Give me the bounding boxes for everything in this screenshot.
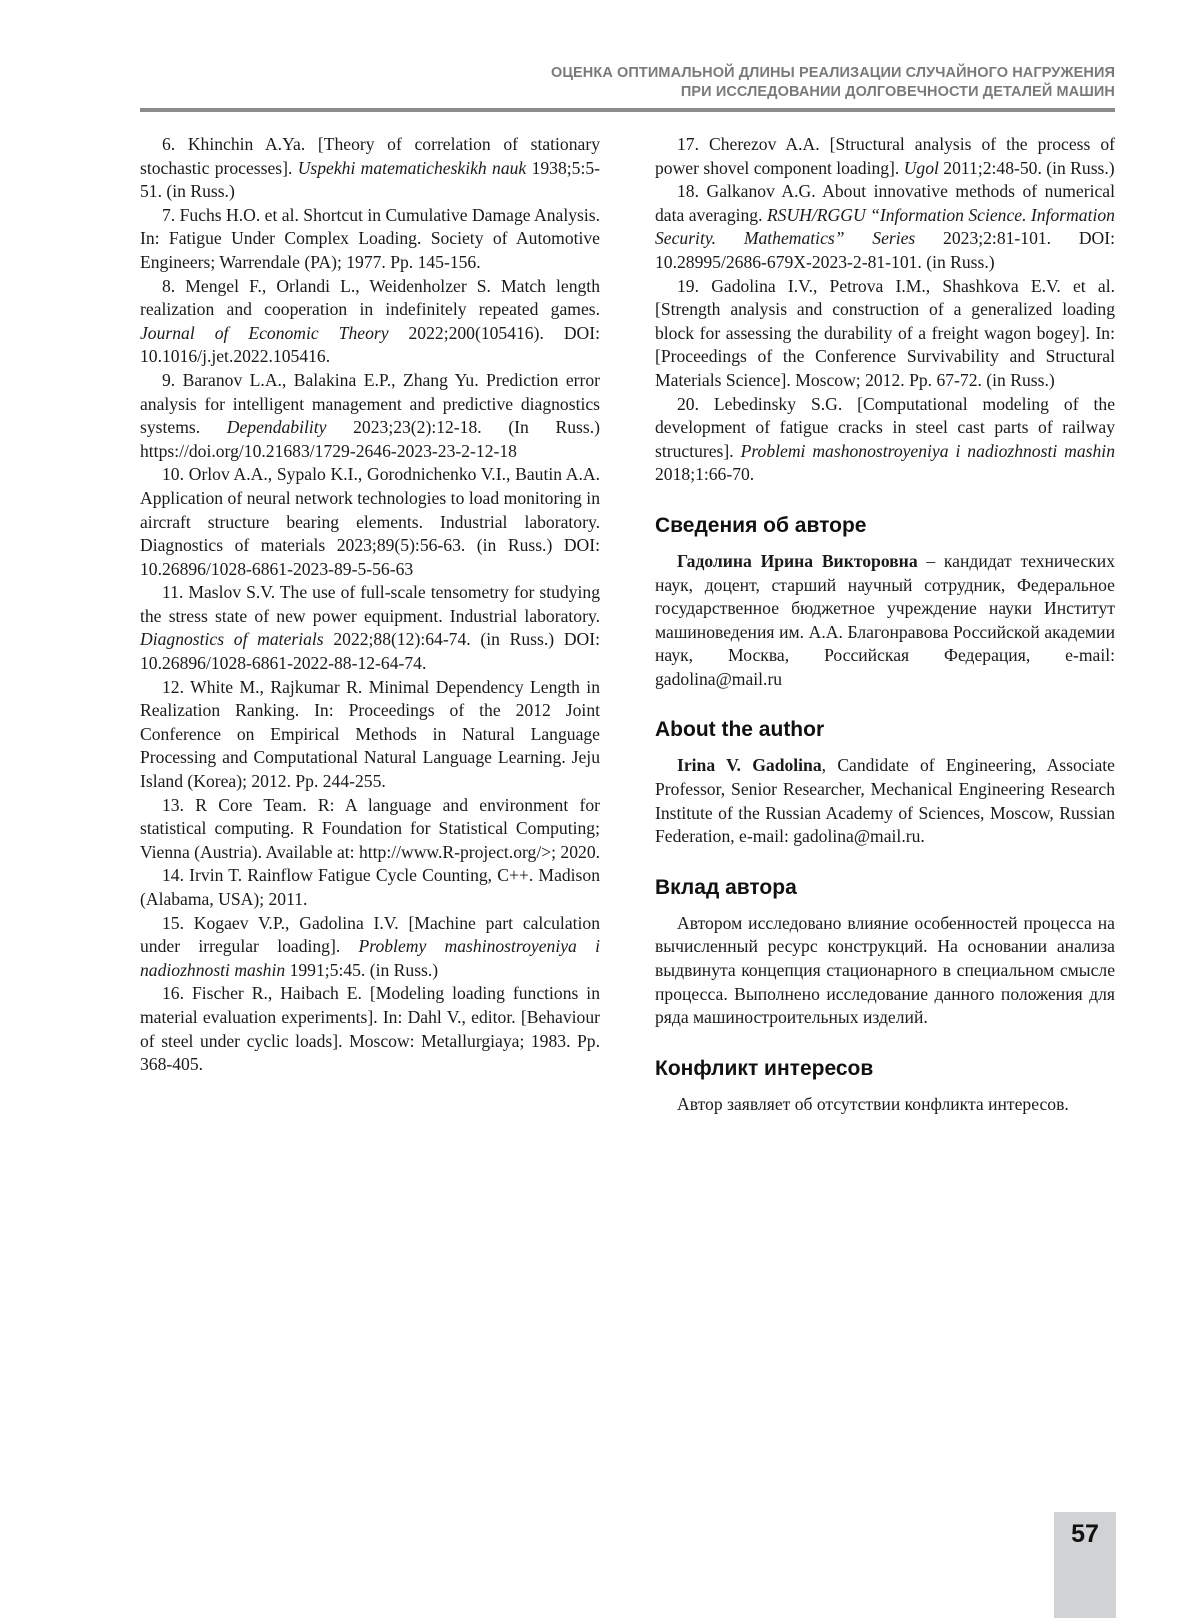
reference-item: 16. Fischer R., Haibach E. [Modeling loa… [140, 982, 600, 1076]
reference-item: 10. Orlov A.A., Sypalo K.I., Gorodnichen… [140, 463, 600, 581]
running-header: ОЦЕНКА ОПТИМАЛЬНОЙ ДЛИНЫ РЕАЛИЗАЦИИ СЛУЧ… [140, 64, 1115, 102]
right-column: 17. Cherezov A.A. [Structural analysis o… [655, 133, 1115, 1116]
reference-item: 14. Irvin T. Rainflow Fatigue Cycle Coun… [140, 864, 600, 911]
reference-item: 15. Kogaev V.P., Gadolina I.V. [Machine … [140, 912, 600, 983]
conflict-text: Автор заявляет об отсутствии конфликта и… [655, 1093, 1115, 1117]
contribution-text: Автором исследовано влияние особенностей… [655, 912, 1115, 1030]
running-header-line1: ОЦЕНКА ОПТИМАЛЬНОЙ ДЛИНЫ РЕАЛИЗАЦИИ СЛУЧ… [140, 64, 1115, 83]
reference-item: 8. Mengel F., Orlandi L., Weidenholzer S… [140, 275, 600, 369]
reference-item: 11. Maslov S.V. The use of full-scale te… [140, 581, 600, 675]
author-name-ru: Гадолина Ирина Викторовна [677, 551, 918, 571]
author-info-en-heading: About the author [655, 717, 1115, 743]
reference-item: 18. Galkanov A.G. About innovative metho… [655, 180, 1115, 274]
reference-item: 6. Khinchin A.Ya. [Theory of correlation… [140, 133, 600, 204]
reference-item: 12. White M., Rajkumar R. Minimal Depend… [140, 676, 600, 794]
reference-item: 9. Baranov L.A., Balakina E.P., Zhang Yu… [140, 369, 600, 463]
contribution-heading: Вклад автора [655, 875, 1115, 901]
reference-item: 7. Fuchs H.O. et al. Shortcut in Cumulat… [140, 204, 600, 275]
reference-item: 13. R Core Team. R: A language and envir… [140, 794, 600, 865]
page-number: 57 [1054, 1520, 1116, 1549]
conflict-heading: Конфликт интересов [655, 1056, 1115, 1082]
author-info-ru-heading: Сведения об авторе [655, 513, 1115, 539]
author-info-en-text: Irina V. Gadolina, Candidate of Engineer… [655, 754, 1115, 848]
author-name-en: Irina V. Gadolina [677, 755, 822, 775]
running-header-line2: ПРИ ИССЛЕДОВАНИИ ДОЛГОВЕЧНОСТИ ДЕТАЛЕЙ М… [140, 83, 1115, 102]
header-rule [140, 108, 1115, 112]
author-info-ru-text: Гадолина Ирина Викторовна – кандидат тех… [655, 550, 1115, 692]
reference-item: 20. Lebedinsky S.G. [Computational model… [655, 393, 1115, 487]
left-column: 6. Khinchin A.Ya. [Theory of correlation… [140, 133, 600, 1077]
reference-item: 17. Cherezov A.A. [Structural analysis o… [655, 133, 1115, 180]
reference-item: 19. Gadolina I.V., Petrova I.M., Shashko… [655, 275, 1115, 393]
